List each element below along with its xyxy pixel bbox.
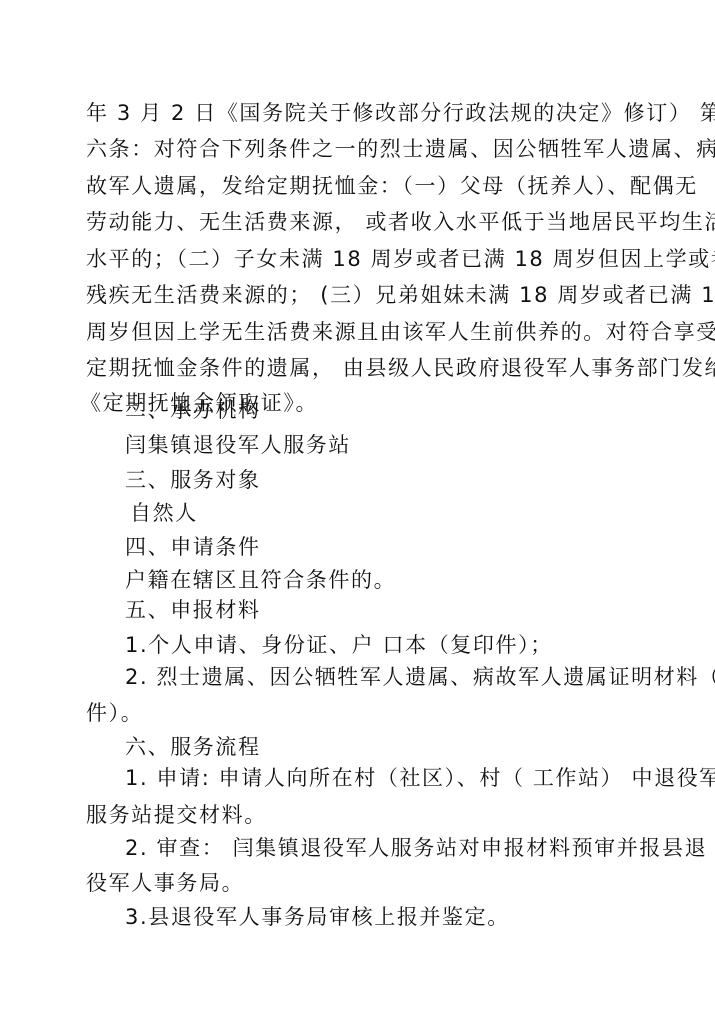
paragraph-line: 六条：对符合下列条件之一的烈士遗属、因公牺牲军人遗属、病 bbox=[86, 135, 715, 163]
paragraph-line: 残疾无生活费来源的； (三）兄弟姐妹未满 18 周岁或者已满 18 bbox=[86, 281, 715, 309]
agency-name: 闫集镇退役军人服务站 bbox=[125, 431, 351, 459]
paragraph-line: 年 3 月 2 日《国务院关于修改部分行政法规的决定》修订） 第十 bbox=[86, 99, 715, 127]
document-page: 年 3 月 2 日《国务院关于修改部分行政法规的决定》修订） 第十 六条：对符合… bbox=[0, 0, 715, 1011]
section-heading-agency: 二、承办机构 bbox=[125, 396, 261, 424]
section-heading-materials: 五、申报材料 bbox=[125, 596, 261, 624]
materials-item-2-cont: 件）。 bbox=[86, 699, 143, 727]
process-step-2: 2. 审查： 闫集镇退役军人服务站对申报材料预审并报县退 bbox=[125, 834, 707, 862]
process-step-1: 1. 申请: 申请人向所在村（社区）、村（ 工作站） 中退役军人 bbox=[125, 764, 715, 792]
section-heading-process: 六、服务流程 bbox=[125, 733, 261, 761]
service-target: 自然人 bbox=[130, 499, 198, 527]
materials-item-1: 1.个人申请、身份证、户 口本（复印件）； bbox=[125, 631, 553, 659]
process-step-2-cont: 役军人事务局。 bbox=[86, 869, 244, 897]
paragraph-line: 故军人遗属，发给定期抚恤金：（一）父母（抚养人）、配偶无 bbox=[86, 172, 698, 200]
process-step-3: 3.县退役军人事务局审核上报并鉴定。 bbox=[125, 903, 510, 931]
materials-item-2: 2. 烈士遗属、因公牺牲军人遗属、病故军人遗属证明材料（原 bbox=[125, 663, 715, 691]
paragraph-line: 水平的；（二）子女未满 18 周岁或者已满 18 周岁但因上学或者 bbox=[86, 245, 715, 273]
paragraph-line: 周岁但因上学无生活费来源且由该军人生前供养的。对符合享受 bbox=[86, 318, 715, 346]
section-heading-service-target: 三、服务对象 bbox=[125, 466, 261, 494]
section-heading-conditions: 四、申请条件 bbox=[125, 533, 261, 561]
paragraph-line: 劳动能力、无生活费来源， 或者收入水平低于当地居民平均生活 bbox=[86, 208, 715, 236]
paragraph-line: 定期抚恤金条件的遗属， 由县级人民政府退役军人事务部门发给 bbox=[86, 354, 715, 382]
conditions-text: 户籍在辖区且符合条件的。 bbox=[125, 566, 396, 594]
process-step-1-cont: 服务站提交材料。 bbox=[86, 801, 267, 829]
